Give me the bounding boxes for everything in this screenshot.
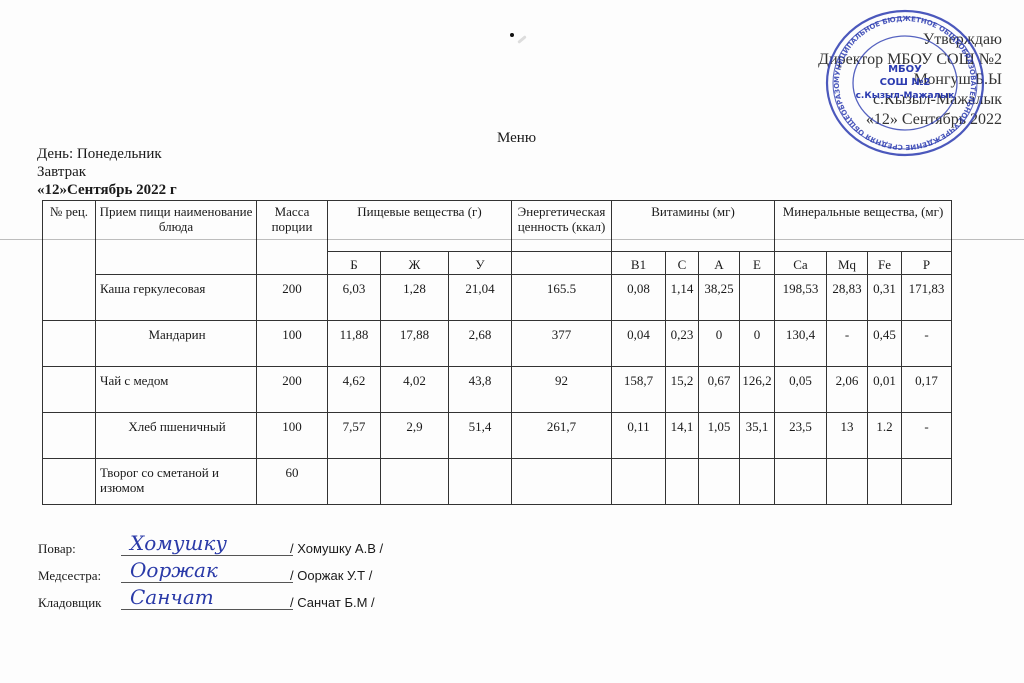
cell-no	[43, 413, 96, 459]
header-row: № рец. Прием пищи наименование блюда Мас…	[43, 201, 952, 252]
cell-zh: 2,9	[381, 413, 449, 459]
signature-storekeeper: Кладовщик Санчат / Санчат Б.М /	[38, 595, 438, 617]
cell-ca: 198,53	[775, 275, 827, 321]
cell-ca	[775, 459, 827, 505]
cell-p: -	[902, 413, 952, 459]
table-row: Мандарин10011,8817,882,683770,040,230013…	[43, 321, 952, 367]
cell-mass: 200	[257, 367, 328, 413]
cell-zh: 17,88	[381, 321, 449, 367]
cell-zh: 1,28	[381, 275, 449, 321]
cell-zh: 4,02	[381, 367, 449, 413]
stamp-center-line: СОШ №2	[880, 77, 931, 88]
signature-line	[121, 582, 293, 583]
cell-no	[43, 459, 96, 505]
cell-fe: 0,31	[868, 275, 902, 321]
subheader-cell: Р	[902, 252, 952, 275]
cell-name: Хлеб пшеничный	[96, 413, 257, 459]
subheader-cell: В1	[612, 252, 666, 275]
cell-ca: 23,5	[775, 413, 827, 459]
cell-e	[740, 275, 775, 321]
stamp-center-line: МБОУ	[888, 64, 922, 75]
scan-artifact-line	[0, 239, 1024, 240]
cell-fe	[868, 459, 902, 505]
cell-name: Мандарин	[96, 321, 257, 367]
cell-p: 171,83	[902, 275, 952, 321]
header-energy: Энергетическая ценность (ккал)	[512, 201, 612, 252]
subheader-cell: Ж	[381, 252, 449, 275]
signature-role: Кладовщик	[38, 595, 101, 611]
stamp-center-line: с.Кызыл-Мажалык	[856, 91, 955, 101]
cell-e: 126,2	[740, 367, 775, 413]
cell-u: 21,04	[449, 275, 512, 321]
subheader-cell: С	[666, 252, 699, 275]
subheader-cell: А	[699, 252, 740, 275]
cell-c: 0,23	[666, 321, 699, 367]
cell-c	[666, 459, 699, 505]
header-vitamins: Витамины (мг)	[612, 201, 775, 252]
signature-role: Повар:	[38, 541, 76, 557]
cell-c: 14,1	[666, 413, 699, 459]
official-stamp: МУНИЦИПАЛЬНОЕ БЮДЖЕТНОЕ ОБЩЕОБРАЗОВАТЕЛЬ…	[820, 8, 990, 158]
cell-u: 51,4	[449, 413, 512, 459]
header-nutrients: Пищевые вещества (г)	[328, 201, 512, 252]
cell-b: 7,57	[328, 413, 381, 459]
cell-a: 0,67	[699, 367, 740, 413]
cell-e: 0	[740, 321, 775, 367]
document-title: Меню	[497, 130, 536, 147]
header-dish-name: Прием пищи наименование блюда	[96, 201, 257, 275]
cell-no	[43, 367, 96, 413]
header-recipe-no: № рец.	[43, 201, 96, 275]
signature-line	[121, 555, 293, 556]
signature-nurse: Медсестра: Ооржак / Ооржак У.Т /	[38, 568, 438, 590]
cell-ca: 130,4	[775, 321, 827, 367]
subheader-cell: Мq	[827, 252, 868, 275]
signature-name: / Хомушку А.В /	[290, 541, 383, 556]
cell-b1: 0,11	[612, 413, 666, 459]
cell-name: Каша геркулесовая	[96, 275, 257, 321]
header-minerals: Минеральные вещества, (мг)	[775, 201, 952, 252]
subheader-cell: Са	[775, 252, 827, 275]
cell-energy	[512, 459, 612, 505]
cell-a: 1,05	[699, 413, 740, 459]
cell-energy: 92	[512, 367, 612, 413]
day-label: День: Понедельник	[37, 146, 162, 163]
subheader-cell: У	[449, 252, 512, 275]
meal-label: Завтрак	[37, 164, 86, 181]
signature-role: Медсестра:	[38, 568, 101, 584]
subheader-cell	[512, 252, 612, 275]
cell-name: Чай с медом	[96, 367, 257, 413]
cell-ca: 0,05	[775, 367, 827, 413]
cell-a: 38,25	[699, 275, 740, 321]
table-row: Каша геркулесовая2006,031,2821,04165.50,…	[43, 275, 952, 321]
cell-p	[902, 459, 952, 505]
cell-mg: 13	[827, 413, 868, 459]
handwritten-signature: Ооржак	[130, 558, 218, 582]
cell-b1: 0,08	[612, 275, 666, 321]
date-label: «12»Сентябрь 2022 г	[37, 182, 177, 199]
cell-mass: 60	[257, 459, 328, 505]
cell-energy: 165.5	[512, 275, 612, 321]
cell-no	[43, 275, 96, 321]
cell-b1	[612, 459, 666, 505]
cell-mg	[827, 459, 868, 505]
ink-dot	[510, 33, 514, 37]
cell-c: 1,14	[666, 275, 699, 321]
cell-a: 0	[699, 321, 740, 367]
cell-b1: 0,04	[612, 321, 666, 367]
signature-name: / Санчат Б.М /	[290, 595, 375, 610]
cell-e: 35,1	[740, 413, 775, 459]
cell-mass: 100	[257, 413, 328, 459]
cell-mg: -	[827, 321, 868, 367]
cell-energy: 377	[512, 321, 612, 367]
cell-c: 15,2	[666, 367, 699, 413]
subheader-cell: Б	[328, 252, 381, 275]
cell-b1: 158,7	[612, 367, 666, 413]
cell-mg: 2,06	[827, 367, 868, 413]
cell-name: Творог со сметаной и изюмом	[96, 459, 257, 505]
cell-b	[328, 459, 381, 505]
table-row: Творог со сметаной и изюмом60	[43, 459, 952, 505]
cell-b: 11,88	[328, 321, 381, 367]
cell-u	[449, 459, 512, 505]
cell-p: -	[902, 321, 952, 367]
table-row: Чай с медом2004,624,0243,892158,715,20,6…	[43, 367, 952, 413]
table-row: Хлеб пшеничный1007,572,951,4261,70,1114,…	[43, 413, 952, 459]
cell-mass: 200	[257, 275, 328, 321]
cell-u: 2,68	[449, 321, 512, 367]
cell-p: 0,17	[902, 367, 952, 413]
subheader-cell: Fe	[868, 252, 902, 275]
cell-fe: 0,01	[868, 367, 902, 413]
cell-e	[740, 459, 775, 505]
cell-u: 43,8	[449, 367, 512, 413]
menu-table: № рец. Прием пищи наименование блюда Мас…	[42, 200, 952, 505]
signature-cook: Повар: Хомушку / Хомушку А.В /	[38, 541, 438, 563]
cell-energy: 261,7	[512, 413, 612, 459]
signature-line	[121, 609, 293, 610]
cell-a	[699, 459, 740, 505]
cell-zh	[381, 459, 449, 505]
cell-no	[43, 321, 96, 367]
cell-mg: 28,83	[827, 275, 868, 321]
cell-b: 4,62	[328, 367, 381, 413]
subheader-cell: Е	[740, 252, 775, 275]
handwritten-signature: Санчат	[130, 585, 214, 609]
handwritten-signature: Хомушку	[130, 531, 227, 555]
header-portion: Масса порции	[257, 201, 328, 275]
signature-name: / Ооржак У.Т /	[290, 568, 372, 583]
cell-mass: 100	[257, 321, 328, 367]
cell-fe: 0,45	[868, 321, 902, 367]
cell-fe: 1.2	[868, 413, 902, 459]
cell-b: 6,03	[328, 275, 381, 321]
scan-smudge	[517, 35, 527, 44]
